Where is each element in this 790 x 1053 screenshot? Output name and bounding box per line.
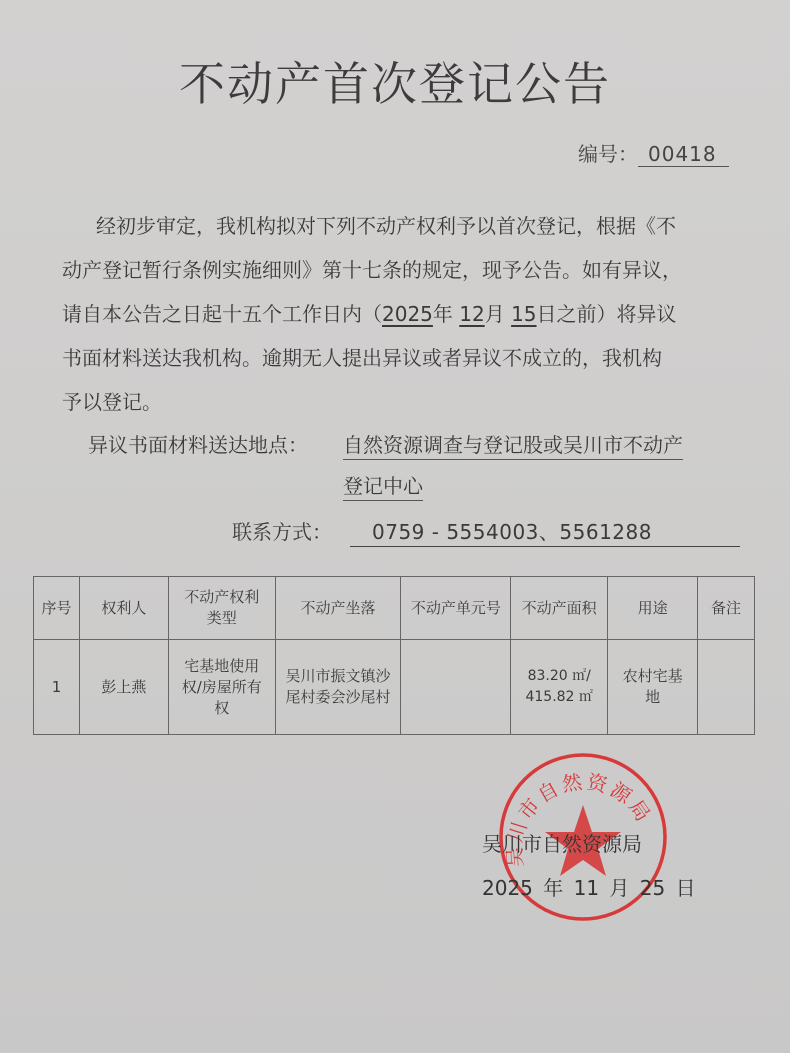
registration-table: 序号 权利人 不动产权利 类型 不动产坐落 不动产单元号 不动产面积 用途 备注…: [33, 576, 755, 735]
cell-holder: 彭上燕: [79, 640, 168, 735]
col-header-no: 序号: [34, 577, 80, 640]
issuing-organization: 吴川市自然资源局: [482, 828, 642, 857]
delivery-label: 异议书面材料送达地点：: [88, 429, 308, 458]
cell-location: 吴川市振文镇沙尾村委会沙尾村: [275, 640, 401, 735]
col-header-remark: 备注: [698, 577, 755, 640]
col-header-usage: 用途: [608, 577, 698, 640]
delivery-location-cont: 登记中心: [343, 470, 423, 501]
cell-unit-no: [401, 640, 511, 735]
cell-area: 83.20 ㎡/ 415.82 ㎡: [511, 640, 608, 735]
col-header-location: 不动产坐落: [275, 577, 401, 640]
cell-right-type: 宅基地使用权/房屋所有权: [168, 640, 275, 735]
delivery-location: 自然资源调查与登记股或吴川市不动产: [343, 429, 683, 460]
col-header-unit-no: 不动产单元号: [401, 577, 511, 640]
deadline-day: 15: [511, 302, 536, 326]
body-line-3: 请自本公告之日起十五个工作日内（2025年 12月 15日之前）将异议: [62, 298, 677, 327]
issue-date: 2025 年 11 月 25 日: [482, 872, 696, 901]
cell-remark: [698, 640, 755, 735]
table-header-row: 序号 权利人 不动产权利 类型 不动产坐落 不动产单元号 不动产面积 用途 备注: [34, 577, 755, 640]
col-header-right-type: 不动产权利 类型: [168, 577, 275, 640]
col-header-area: 不动产面积: [511, 577, 608, 640]
deadline-year: 2025: [382, 302, 433, 326]
contact-phone: 0759 - 5554003、5561288: [350, 516, 740, 547]
body-line-1: 经初步审定，我机构拟对下列不动产权利予以首次登记，根据《不: [96, 210, 676, 239]
doc-number-label: 编号：: [578, 142, 638, 166]
table-row: 1 彭上燕 宅基地使用权/房屋所有权 吴川市振文镇沙尾村委会沙尾村 83.20 …: [34, 640, 755, 735]
body-line-4: 书面材料送达我机构。逾期无人提出异议或者异议不成立的，我机构: [62, 342, 662, 371]
cell-usage: 农村宅基地: [608, 640, 698, 735]
cell-no: 1: [34, 640, 80, 735]
col-header-holder: 权利人: [79, 577, 168, 640]
page-title: 不动产首次登记公告: [0, 48, 790, 114]
contact-label: 联系方式：: [232, 516, 332, 545]
doc-number-value: 00418: [638, 142, 729, 167]
body-line-2: 动产登记暂行条例实施细则》第十七条的规定，现予公告。如有异议，: [62, 254, 682, 283]
body-line-5: 予以登记。: [62, 386, 162, 415]
doc-number: 编号：00418: [578, 138, 729, 167]
deadline-month: 12: [459, 302, 484, 326]
